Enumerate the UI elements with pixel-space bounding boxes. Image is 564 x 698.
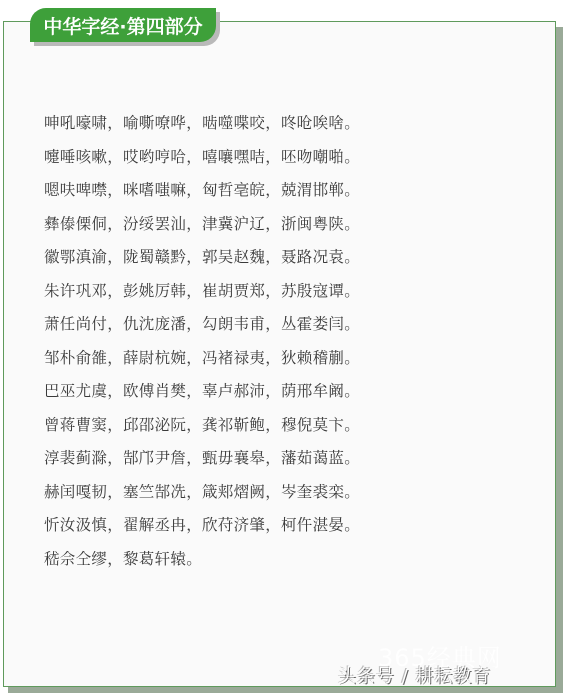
verse-line: 嵇佘仝缪，黎葛轩辕。 bbox=[44, 546, 524, 580]
verse-line: 曾蒋曹窦，邱邵泌阮，龚祁靳鲍，穆倪莫卞。 bbox=[44, 412, 524, 446]
verse-line: 朱许巩邓，彭姚厉韩，崔胡贾郑，苏殷寇谭。 bbox=[44, 278, 524, 312]
verse-line: 巴巫尤虞，欧傅肖樊，辜卢郝沛，荫邢牟阚。 bbox=[44, 378, 524, 412]
verse-line: 嚏唾咳嗽，哎哟哼哈，嘻嚷嘿咭，呸吻嘲啪。 bbox=[44, 144, 524, 178]
verse-line: 彝傣傈侗，汾绥罢汕，津冀沪辽，浙闽粤陕。 bbox=[44, 211, 524, 245]
verse-text-block: 呻吼嚎啸，喻嘶嘹哗，啮噬喋咬，咚呛唉啥。 嚏唾咳嗽，哎哟哼哈，嘻嚷嘿咭，呸吻嘲啪… bbox=[44, 110, 524, 579]
verse-line: 邹朴俞雒，薛尉杭婉，冯褚禄夷，狄赖稽蒯。 bbox=[44, 345, 524, 379]
section-title: 中华字经·第四部分 bbox=[43, 12, 202, 39]
verse-line: 嗯呋啤噤，咪嗜嗤嘛，匈哲亳皖，兢渭邯郸。 bbox=[44, 177, 524, 211]
verse-line: 呻吼嚎啸，喻嘶嘹哗，啮噬喋咬，咚呛唉啥。 bbox=[44, 110, 524, 144]
verse-line: 淳裴蓟滁，郜邝尹詹，甄毋襄皋，藩茹蔼蓝。 bbox=[44, 445, 524, 479]
verse-line: 赫闰嘎韧，塞竺郜冼，箴郏熠阙，岑奎裘栾。 bbox=[44, 479, 524, 513]
source-watermark: 头条号 / 耕耘教育 bbox=[338, 662, 492, 688]
verse-line: 徽鄂滇渝，陇蜀赣黔，郭吴赵魏，聂路况袁。 bbox=[44, 244, 524, 278]
section-title-badge: 中华字经·第四部分 bbox=[30, 8, 216, 42]
verse-line: 萧任尚付，仇沈庞潘，勾朗韦甫，丛霍娄闫。 bbox=[44, 311, 524, 345]
verse-line: 忻汝汲慎，翟解丞冉，欣苻济肇，柯仵湛晏。 bbox=[44, 512, 524, 546]
